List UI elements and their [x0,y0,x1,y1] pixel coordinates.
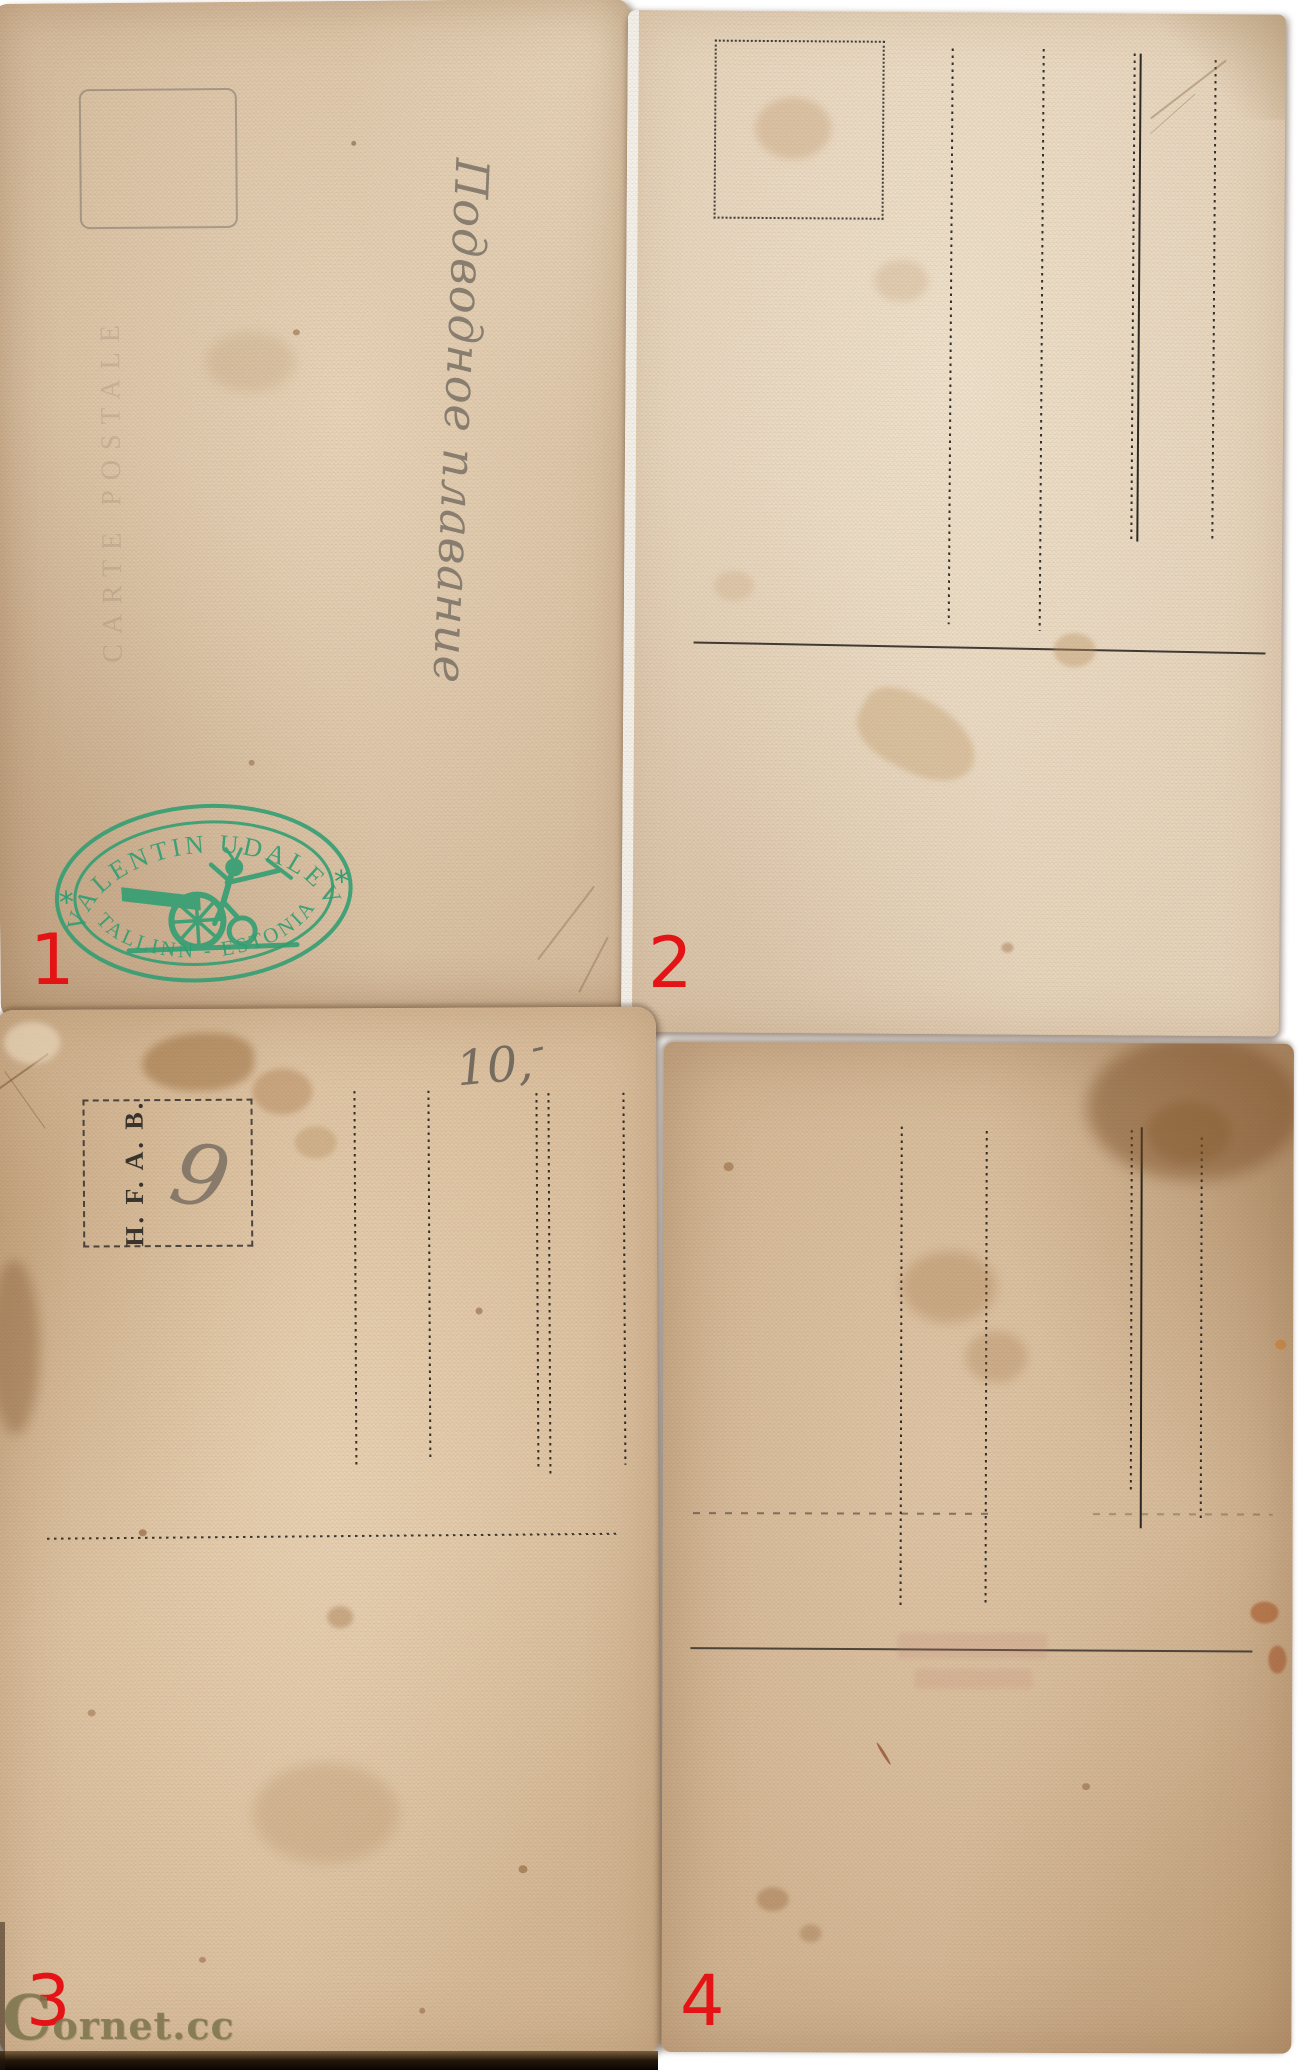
postcard-4-back [661,1042,1294,2054]
stain [293,329,300,335]
stain [714,571,754,601]
address-divider-line [1140,1127,1143,1528]
rust-spot [1275,1340,1286,1350]
stamp-left-asterisk: * [58,885,75,921]
faint-printed-text: CARTE POSTALE [94,279,134,699]
dealer-stamp-graphic: VALENTIN UDALEV TALLINN - ESTONIA * * [42,791,365,996]
stain [327,1606,353,1628]
address-divider-line [535,1093,539,1467]
crease-mark [4,1071,45,1129]
crease-mark [578,937,608,993]
photo-number-label-2: 2 [648,928,693,998]
stain [1001,943,1013,953]
address-divider-line [985,1131,988,1607]
address-divider-line [1039,49,1045,631]
photo-number-label-4: 4 [680,1966,725,2036]
address-divider-line [948,48,954,624]
photo-number-label-1: 1 [30,925,75,995]
address-rule-line [690,1647,1252,1652]
stain [518,1865,527,1873]
pencil-price-note: 10,- [454,1033,549,1097]
address-divider-line [900,1127,903,1607]
pencil-inscription: Подводное плавание [422,157,499,685]
crease-mark [537,886,595,960]
crease-mark [0,1053,49,1110]
stain [142,1033,254,1092]
stain [757,1887,789,1911]
stamp-box-dotted [714,40,885,220]
stamp-box-outline [79,88,238,229]
stain [139,1529,147,1536]
address-divider-line [1130,1130,1133,1493]
scanned-photo-of-four-postcard-backs: { "annotations": { "color": "#e41315", "… [0,0,1300,2070]
stain [1147,1101,1232,1163]
stain [845,675,989,798]
stain [249,760,255,766]
illegible-faded-stamp [897,1633,1047,1659]
rust-spot [1268,1646,1286,1674]
stain [965,1331,1027,1383]
publisher-monogram: H. F. A. B. [119,1098,150,1248]
dealer-stamp: VALENTIN UDALEV TALLINN - ESTONIA * * [42,791,365,996]
faint-rule-line [693,1512,993,1515]
paper-texture [661,1042,1294,2054]
address-divider-line [1200,1137,1203,1520]
stain [88,1709,96,1716]
stain [205,331,296,392]
site-watermark: Cornet.cc [2,1988,235,2056]
pencil-price-number: 10, [454,1035,535,1098]
stain [874,260,928,302]
stain [901,1251,996,1323]
stain [351,141,356,146]
rust-spot [1250,1602,1278,1624]
address-rule-line [694,641,1266,654]
stain [253,1763,399,1864]
address-divider-line [1136,54,1141,542]
stain [800,1924,822,1942]
faint-rule-line [1093,1513,1273,1515]
stain [0,1260,40,1435]
address-rule-line [47,1533,617,1540]
crease-mark [1150,94,1196,135]
address-divider-line [427,1091,431,1461]
stain [295,1126,337,1158]
stain [199,1957,206,1963]
stain [724,1162,734,1171]
illegible-faded-stamp [914,1669,1032,1689]
corner-fold-mark [1155,14,1286,120]
postcard-2-back [621,10,1286,1037]
address-divider-line [622,1093,626,1465]
stain [476,1307,483,1314]
stamp-right-asterisk: * [333,864,350,900]
postcard-3-back: 10,- H. F. A. B. 9 [0,1007,661,2058]
postcard-1-back: CARTE POSTALE Подводное плавание VALENTI… [0,0,639,1020]
address-divider-line [547,1093,551,1475]
ink-squiggle [876,1742,892,1766]
address-divider-line [1130,54,1135,540]
stain [419,2008,425,2014]
address-divider-line [1211,60,1216,540]
stain [1082,1783,1090,1790]
stain [252,1068,312,1114]
chipped-corner [4,1022,60,1064]
stain [1087,1042,1294,1181]
address-divider-line [353,1091,357,1465]
